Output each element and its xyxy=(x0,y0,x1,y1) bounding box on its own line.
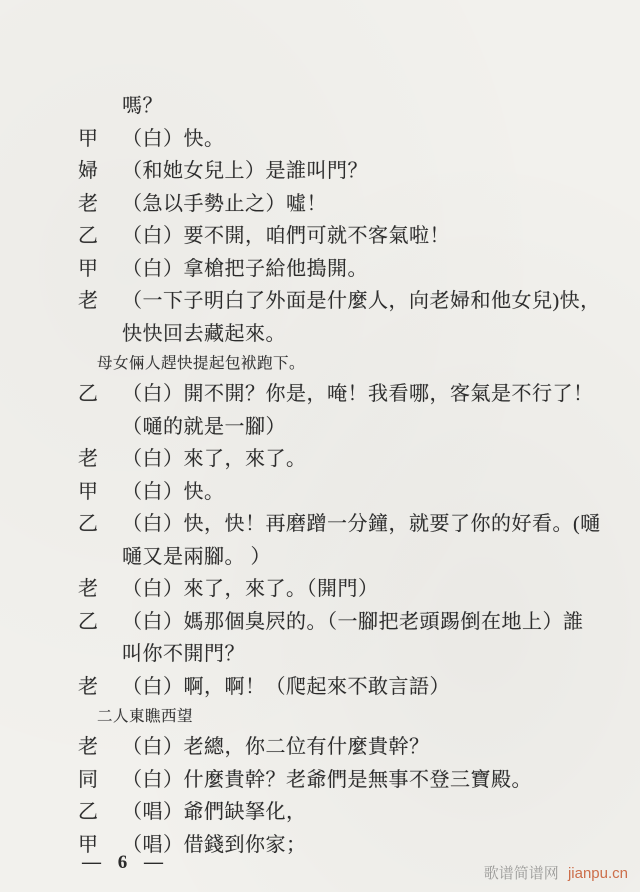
script-line: 婦（和她女兒上）是誰叫門？ xyxy=(78,155,610,188)
script-line: 母女倆人趕快提起包袱跑下。 xyxy=(78,350,610,378)
dialogue-text: 嗎？ xyxy=(122,90,163,123)
script-line: 嗎？ xyxy=(78,90,610,123)
stage-direction: 母女倆人趕快提起包袱跑下。 xyxy=(97,350,305,378)
speaker-label: 乙 xyxy=(78,378,122,411)
scanned-script-page: 嗎？甲（白）快。婦（和她女兒上）是誰叫門？老（急以手勢止之）噓！乙（白）要不開，… xyxy=(0,0,640,892)
script-line: 快快回去藏起來。 xyxy=(78,318,610,351)
stage-direction: 二人東瞧西望 xyxy=(97,703,193,731)
speaker-label: 乙 xyxy=(78,796,122,829)
watermark-site-name: 歌谱简谱网 xyxy=(484,865,559,882)
script-line: 乙（白）開不開？你是，唵！我看哪，客氣是不行了！ xyxy=(78,378,610,411)
dialogue-text: （嗵的就是一腳） xyxy=(122,411,286,444)
dialogue-text: （白）要不開，咱們可就不客氣啦！ xyxy=(122,220,450,253)
dialogue-text: （白）啊，啊！（爬起來不敢言語） xyxy=(122,671,450,704)
script-line: 老（白）來了，來了。 xyxy=(78,443,610,476)
dialogue-text: （白）開不開？你是，唵！我看哪，客氣是不行了！ xyxy=(122,378,594,411)
script-line: 叫你不開門？ xyxy=(78,638,610,671)
page-number: — 6 — xyxy=(82,852,169,874)
speaker-label: 老 xyxy=(78,671,122,704)
dialogue-text: （白）什麼貴幹？老爺們是無事不登三寶殿。 xyxy=(122,764,532,797)
speaker-label: 甲 xyxy=(78,123,122,156)
speaker-label: 乙 xyxy=(78,606,122,639)
script-line: 老（白）啊，啊！（爬起來不敢言語） xyxy=(78,671,610,704)
speaker-label: 老 xyxy=(78,443,122,476)
script-line: 二人東瞧西望 xyxy=(78,703,610,731)
dialogue-text: （唱）爺們缺拏化， xyxy=(122,796,307,829)
script-line: 老（白）來了，來了。（開門） xyxy=(78,573,610,606)
dialogue-text: （白）快。 xyxy=(122,476,225,509)
dialogue-text: （白）快，快！再磨蹭一分鐘，就要了你的好看。(嗵 xyxy=(122,508,601,541)
dialogue-text: （一下子明白了外面是什麼人，向老婦和他女兒)快， xyxy=(122,285,601,318)
speaker-label: 甲 xyxy=(78,253,122,286)
speaker-label: 老 xyxy=(78,285,122,318)
watermark-site-url: jianpu.cn xyxy=(568,865,628,882)
speaker-label: 婦 xyxy=(78,155,122,188)
speaker-label: 老 xyxy=(78,573,122,606)
script-line: （嗵的就是一腳） xyxy=(78,411,610,444)
speaker-label: 乙 xyxy=(78,220,122,253)
script-line: 甲（白）快。 xyxy=(78,476,610,509)
dialogue-text: （白）拿槍把子給他搗開。 xyxy=(122,253,368,286)
script-line: 乙（白）媽那個臭屄的。（一腳把老頭踢倒在地上）誰 xyxy=(78,606,610,639)
dialogue-text: （白）老總，你二位有什麼貴幹？ xyxy=(122,731,430,764)
speaker-label: 甲 xyxy=(78,476,122,509)
speaker-label: 老 xyxy=(78,188,122,221)
script-line: 乙（白）快，快！再磨蹭一分鐘，就要了你的好看。(嗵 xyxy=(78,508,610,541)
speaker-label: 乙 xyxy=(78,508,122,541)
dialogue-text: （和她女兒上）是誰叫門？ xyxy=(122,155,368,188)
dialogue-text: （白）媽那個臭屄的。（一腳把老頭踢倒在地上）誰 xyxy=(122,606,584,639)
script-line: 嗵又是兩腳。 ） xyxy=(78,541,610,574)
watermark: 歌谱简谱网 jianpu.cn xyxy=(484,862,628,883)
script-line: 乙（白）要不開，咱們可就不客氣啦！ xyxy=(78,220,610,253)
script-line: 同（白）什麼貴幹？老爺們是無事不登三寶殿。 xyxy=(78,764,610,797)
script-line: 甲（白）拿槍把子給他搗開。 xyxy=(78,253,610,286)
script-line: 甲（白）快。 xyxy=(78,123,610,156)
dialogue-text: （白）快。 xyxy=(122,123,225,156)
speaker-label: 同 xyxy=(78,764,122,797)
script-lines: 嗎？甲（白）快。婦（和她女兒上）是誰叫門？老（急以手勢止之）噓！乙（白）要不開，… xyxy=(78,90,610,861)
speaker-label: 老 xyxy=(78,731,122,764)
script-line: 老（白）老總，你二位有什麼貴幹？ xyxy=(78,731,610,764)
dialogue-text: 嗵又是兩腳。 ） xyxy=(122,541,271,574)
script-line: 老（急以手勢止之）噓！ xyxy=(78,188,610,221)
dialogue-text: （白）來了，來了。（開門） xyxy=(122,573,379,606)
dialogue-text: （白）來了，來了。 xyxy=(122,443,307,476)
dialogue-text: 快快回去藏起來。 xyxy=(122,318,286,351)
script-line: 老（一下子明白了外面是什麼人，向老婦和他女兒)快， xyxy=(78,285,610,318)
script-line: 乙（唱）爺們缺拏化， xyxy=(78,796,610,829)
dialogue-text: （急以手勢止之）噓！ xyxy=(122,188,327,221)
dialogue-text: 叫你不開門？ xyxy=(122,638,245,671)
